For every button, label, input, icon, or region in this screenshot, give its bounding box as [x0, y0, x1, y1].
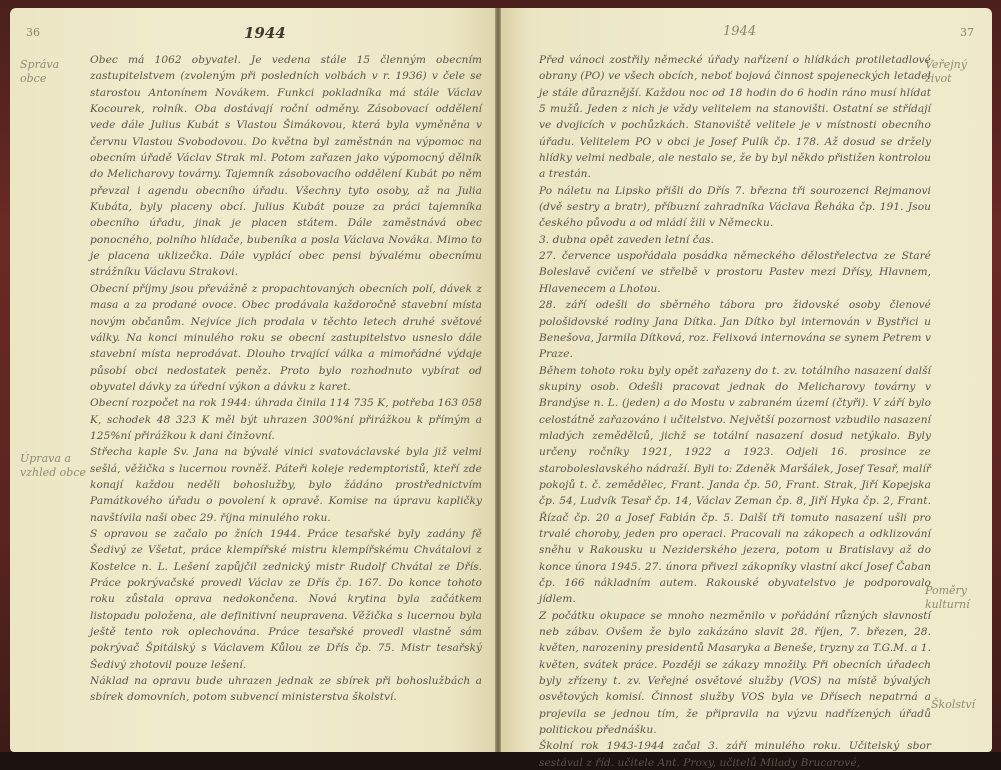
paragraph: Před vánoci zostřily německé úřady naříz… [539, 52, 931, 183]
margin-note-pomery-kulturni: Poměry kulturní [925, 584, 993, 612]
margin-note-sprava-obce: Správa obce [20, 58, 88, 86]
paragraph: 28. září odešli do sběrného tábora pro ž… [539, 297, 931, 362]
right-page: 37 1944 Veřejný život Poměry kulturní Šk… [501, 8, 992, 752]
paragraph: Střecha kaple Sv. Jana na bývalé vinici … [90, 444, 482, 526]
left-page-body: Obec má 1062 obyvatel. Je vedena stále 1… [90, 52, 482, 706]
paragraph: 27. července uspořádala posádka německéh… [539, 248, 931, 297]
paragraph: 3. dubna opět zaveden letní čas. [539, 232, 931, 248]
margin-note-verejny-zivot: Veřejný život [925, 58, 993, 86]
page-year-heading: 1944 [723, 24, 756, 39]
page-number: 36 [26, 26, 40, 39]
paragraph: Po náletu na Lipsko přišli do Dřís 7. bř… [539, 183, 931, 232]
page-number: 37 [960, 26, 974, 39]
margin-note-skolstvi: Školství [931, 698, 999, 712]
paragraph: Během tohoto roku byly opět zařazeny do … [539, 363, 931, 608]
margin-note-uprava-a-vzhled-obce: Úprava a vzhled obce [20, 452, 86, 480]
paragraph: Obec má 1062 obyvatel. Je vedena stále 1… [90, 52, 482, 281]
paragraph: Z počátku okupace se mnoho nezměnilo v p… [539, 608, 931, 739]
right-page-body: Před vánoci zostřily německé úřady naříz… [539, 52, 931, 770]
paragraph: Obecní rozpočet na rok 1944: úhrada čini… [90, 395, 482, 444]
paragraph: Náklad na opravu bude uhrazen jednak ze … [90, 673, 482, 706]
paragraph: S opravou se začalo po žních 1944. Práce… [90, 526, 482, 673]
paragraph: Obecní příjmy jsou převážně z propachtov… [90, 281, 482, 395]
paragraph: Školní rok 1943-1944 začal 3. září minul… [539, 738, 931, 770]
page-year-heading: 1944 [244, 24, 286, 42]
left-page: 36 1944 Správa obce Úprava a vzhled obce… [10, 8, 495, 752]
